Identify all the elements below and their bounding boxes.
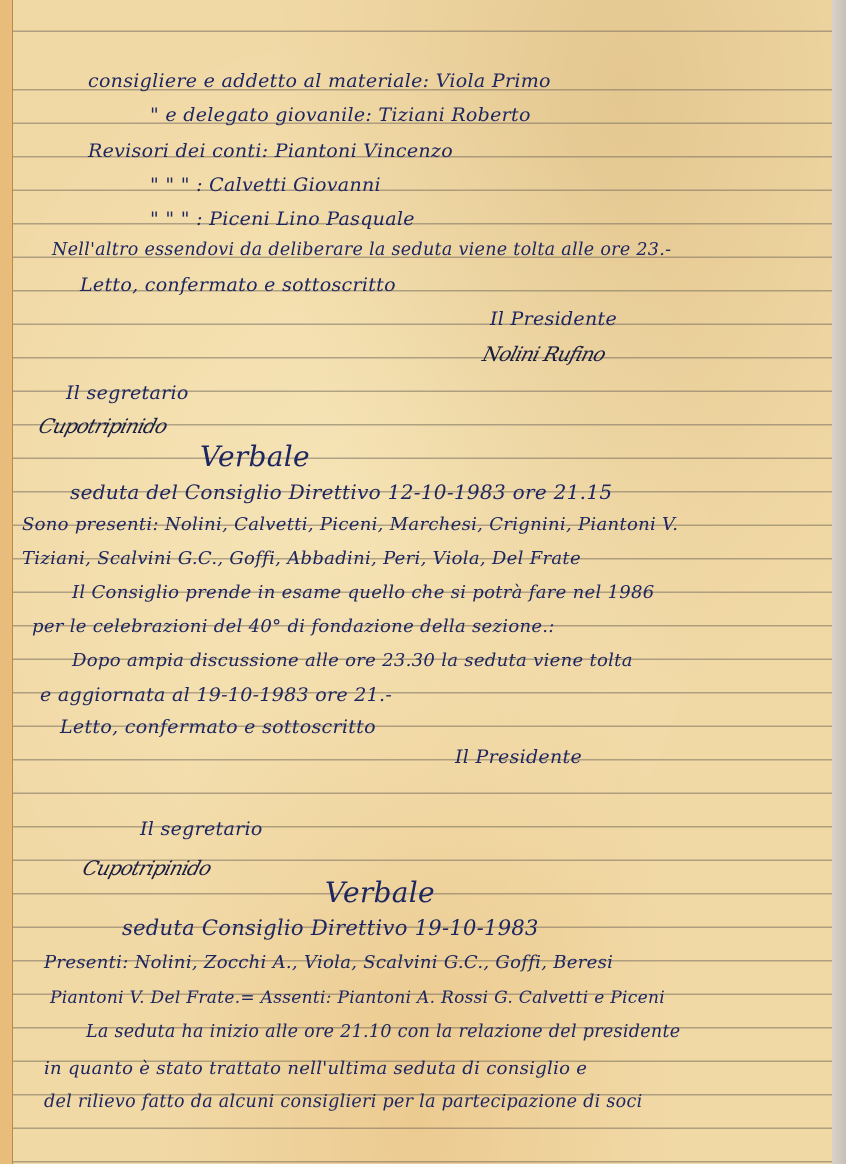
text-line: in quanto è stato trattato nell'ultima s…: [44, 1058, 587, 1079]
text-line: " e delegato giovanile: Tiziani Roberto: [150, 104, 531, 126]
text-line: " " " : Piceni Lino Pasquale: [150, 208, 415, 230]
text-line: Presenti: Nolini, Zocchi A., Viola, Scal…: [44, 952, 613, 973]
text-line: " " " : Calvetti Giovanni: [150, 174, 381, 196]
text-line: Letto, confermato e sottoscritto: [60, 716, 376, 738]
text-line: seduta Consiglio Direttivo 19-10-1983: [122, 916, 539, 940]
text-line: per le celebrazioni del 40° di fondazion…: [32, 616, 555, 637]
text-line: Tiziani, Scalvini G.C., Goffi, Abbadini,…: [22, 548, 581, 569]
text-line: Sono presenti: Nolini, Calvetti, Piceni,…: [22, 514, 678, 535]
section-title-verbale: Verbale: [325, 876, 435, 909]
text-line: del rilievo fatto da alcuni consiglieri …: [44, 1092, 643, 1112]
secretary-label: Il segretario: [140, 818, 263, 840]
president-label: Il Presidente: [455, 746, 582, 768]
text-line: Letto, confermato e sottoscritto: [80, 274, 396, 296]
text-line: La seduta ha inizio alle ore 21.10 con l…: [86, 1022, 680, 1042]
secretary-label: Il segretario: [66, 382, 189, 404]
page-edge-background: [832, 0, 846, 1164]
text-line: consigliere e addetto al materiale: Viol…: [88, 70, 551, 92]
secretary-signature: Cupotripinido: [36, 414, 170, 438]
text-line: Il Consiglio prende in esame quello che …: [72, 582, 655, 603]
section-title-verbale: Verbale: [200, 440, 310, 473]
president-label: Il Presidente: [490, 308, 617, 330]
president-signature: Nolini Rufino: [480, 342, 608, 366]
text-line: seduta del Consiglio Direttivo 12-10-198…: [70, 480, 612, 504]
ledger-page: consigliere e addetto al materiale: Viol…: [0, 0, 832, 1164]
text-line: Piantoni V. Del Frate.= Assenti: Pianton…: [50, 988, 665, 1008]
text-line: Dopo ampia discussione alle ore 23.30 la…: [72, 650, 633, 671]
text-line: Revisori dei conti: Piantoni Vincenzo: [88, 140, 453, 162]
left-margin-strip: [0, 0, 13, 1164]
text-line: e aggiornata al 19-10-1983 ore 21.-: [40, 684, 392, 706]
text-line: Nell'altro essendovi da deliberare la se…: [52, 240, 671, 260]
secretary-signature: Cupotripinido: [80, 856, 214, 880]
